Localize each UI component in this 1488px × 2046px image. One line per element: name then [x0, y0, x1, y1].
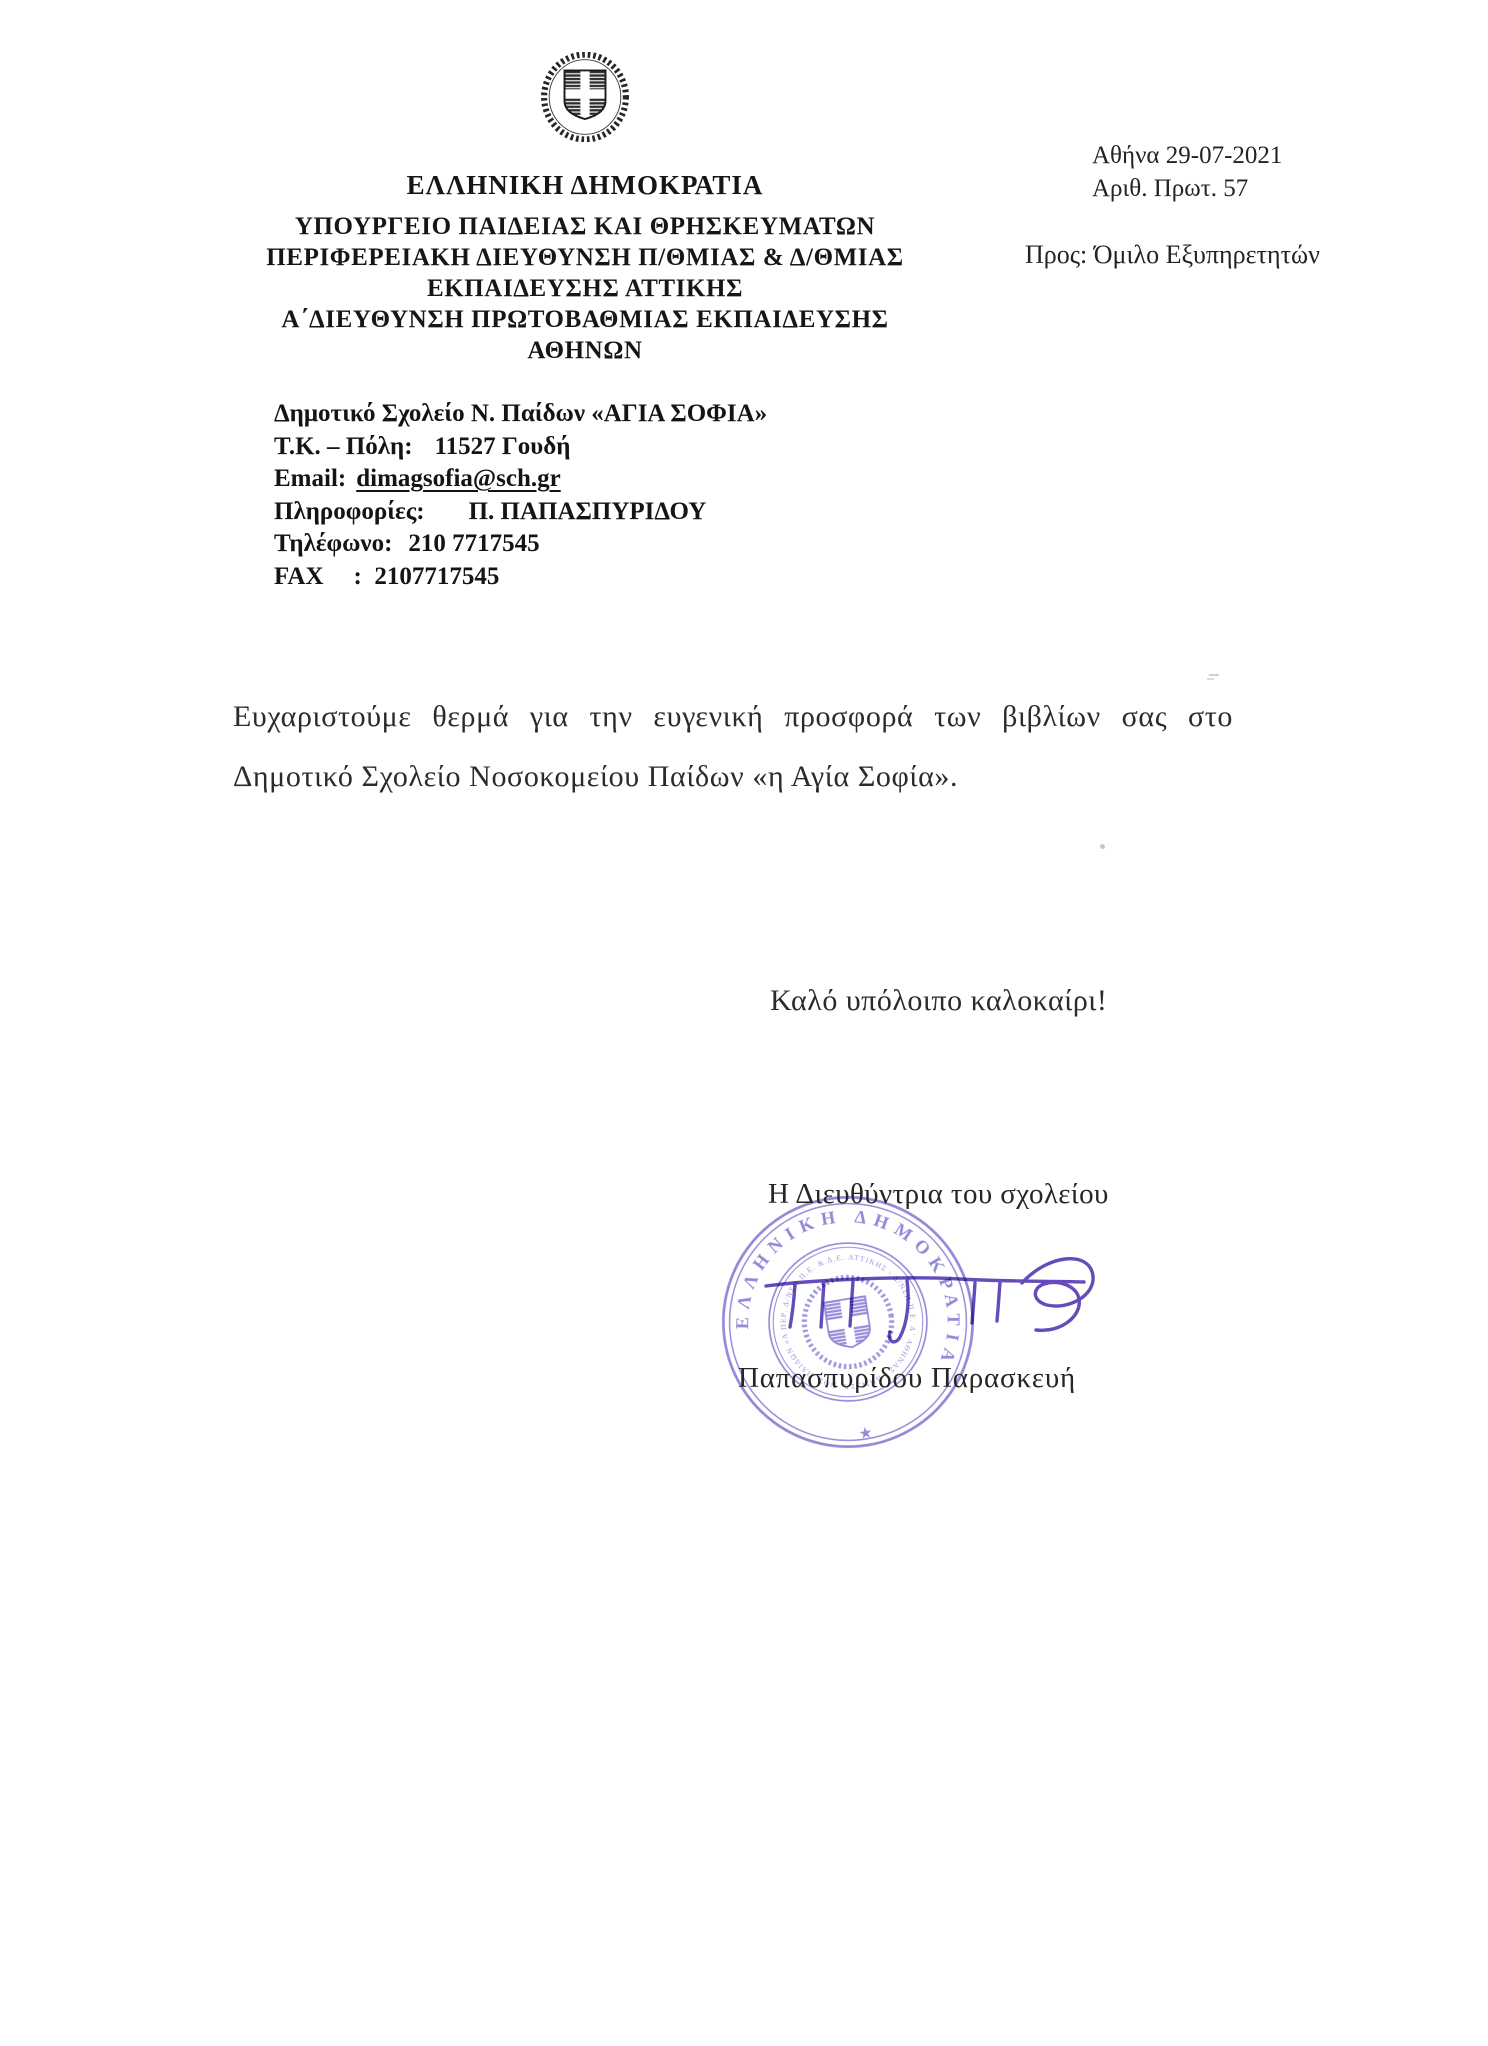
recipient-line: Προς: Όμιλο Εξυπηρετητών	[1025, 240, 1320, 270]
postal-value: 11527 Γουδή	[435, 433, 571, 460]
date-protocol-block: Αθήνα 29-07-2021 Αριθ. Πρωτ. 57	[1092, 139, 1282, 205]
signer-name: Παπασπυρίδου Παρασκευή	[738, 1362, 1076, 1395]
protocol-number: Αριθ. Πρωτ. 57	[1092, 172, 1282, 205]
greek-coat-of-arms-icon	[540, 52, 630, 142]
email-label: Email:	[274, 465, 346, 492]
closing-line: Καλό υπόλοιπο καλοκαίρι!	[770, 984, 1107, 1018]
letterhead-line: ΠΕΡΙΦΕΡΕΙΑΚΗ ΔΙΕΥΘΥΝΣΗ Π/ΘΜΙΑΣ & Δ/ΘΜΙΑΣ	[168, 242, 1002, 273]
email-value: dimagsofia@sch.gr	[356, 465, 561, 492]
postal-label: Τ.Κ. – Πόλη:	[274, 433, 413, 460]
school-name: Δημοτικό Σχολείο Ν. Παίδων «ΑΓΙΑ ΣΟΦΙΑ»	[274, 398, 767, 431]
scan-artifact	[1100, 844, 1105, 849]
info-label: Πληροφορίες:	[274, 498, 425, 525]
postal-row: Τ.Κ. – Πόλη:11527 Γουδή	[274, 431, 767, 464]
scanned-letter-page: { "letterhead": { "emblem_icon": "greek-…	[0, 0, 1488, 2046]
letterhead-line: ΕΛΛΗΝΙΚΗ ΔΗΜΟΚΡΑΤΙΑ	[168, 170, 1002, 200]
handwritten-signature	[760, 1238, 1120, 1358]
letterhead-line: ΕΚΠΑΙΔΕΥΣΗΣ ΑΤΤΙΚΗΣ	[168, 273, 1002, 304]
school-contact-block: Δημοτικό Σχολείο Ν. Παίδων «ΑΓΙΑ ΣΟΦΙΑ» …	[274, 398, 767, 594]
stamp-star: ★	[857, 1424, 873, 1443]
scan-artifact	[1205, 672, 1223, 684]
fax-row: FAX: 2107717545	[274, 561, 767, 594]
letterhead-line: ΥΠΟΥΡΓΕΙΟ ΠΑΙΔΕΙΑΣ ΚΑΙ ΘΡΗΣΚΕΥΜΑΤΩΝ	[168, 211, 1002, 242]
info-value: Π. ΠΑΠΑΣΠΥΡΙΔΟΥ	[469, 498, 707, 525]
letter-body: Ευχαριστούμε θερμά για την ευγενική προσ…	[233, 700, 1233, 794]
body-line-1: Ευχαριστούμε θερμά για την ευγενική προσ…	[233, 700, 1233, 734]
email-row: Email:dimagsofia@sch.gr	[274, 463, 767, 496]
phone-row: Τηλέφωνο:210 7717545	[274, 528, 767, 561]
info-row: Πληροφορίες:Π. ΠΑΠΑΣΠΥΡΙΔΟΥ	[274, 496, 767, 529]
fax-label: FAX	[274, 563, 324, 590]
place-date: Αθήνα 29-07-2021	[1092, 139, 1282, 172]
letterhead-line: ΑΘΗΝΩΝ	[168, 335, 1002, 366]
letterhead-line: Α΄ΔΙΕΥΘΥΝΣΗ ΠΡΩΤΟΒΑΘΜΙΑΣ ΕΚΠΑΙΔΕΥΣΗΣ	[168, 304, 1002, 335]
fax-value: : 2107717545	[354, 563, 500, 590]
signer-role: Η Διευθύντρια του σχολείου	[768, 1178, 1109, 1211]
phone-value: 210 7717545	[408, 530, 539, 557]
body-line-2: Δημοτικό Σχολείο Νοσοκομείου Παίδων «η Α…	[233, 760, 1233, 794]
letterhead: ΕΛΛΗΝΙΚΗ ΔΗΜΟΚΡΑΤΙΑ ΥΠΟΥΡΓΕΙΟ ΠΑΙΔΕΙΑΣ Κ…	[168, 170, 1002, 366]
phone-label: Τηλέφωνο:	[274, 530, 392, 557]
